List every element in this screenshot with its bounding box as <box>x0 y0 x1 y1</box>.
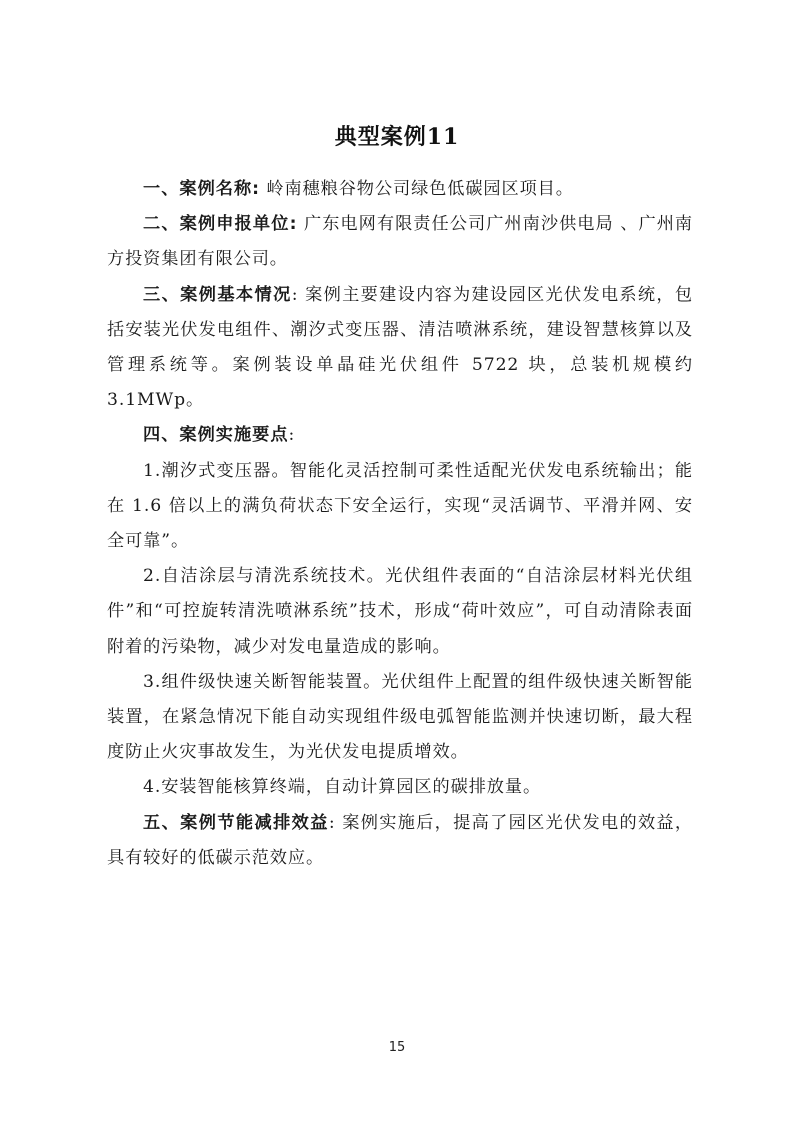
key-point-item: 4.安装智能核算终端，自动计算园区的碳排放量。 <box>107 770 693 805</box>
section-basic-info: 三、案例基本情况: 案例主要建设内容为建设园区光伏发电系统，包括安装光伏发电组件… <box>107 278 693 419</box>
section-case-name: 一、案例名称: 岭南穗粮谷物公司绿色低碳园区项目。 <box>107 172 693 207</box>
page-title: 典型案例11 <box>0 120 794 151</box>
key-point-item: 1.潮汐式变压器。智能化灵活控制可柔性适配光伏发电系统输出；能在 1.6 倍以上… <box>107 454 693 560</box>
section-heading: 四、案例实施要点 <box>143 425 289 445</box>
key-point-item: 2.自洁涂层与清洗系统技术。光伏组件表面的“自洁涂层材料光伏组件”和“可控旋转清… <box>107 559 693 665</box>
section-applicant: 二、案例申报单位: 广东电网有限责任公司广州南沙供电局 、广州南方投资集团有限公… <box>107 207 693 277</box>
section-text: 岭南穗粮谷物公司绿色低碳园区项目。 <box>260 179 574 199</box>
section-text: : <box>289 425 296 445</box>
document-page: 典型案例11 一、案例名称: 岭南穗粮谷物公司绿色低碳园区项目。 二、案例申报单… <box>0 0 794 1123</box>
section-heading: 一、案例名称: <box>143 179 260 199</box>
key-point-item: 3.组件级快速关断智能装置。光伏组件上配置的组件级快速关断智能装置，在紧急情况下… <box>107 665 693 771</box>
page-number: 15 <box>0 1040 794 1055</box>
section-key-points: 四、案例实施要点: <box>107 418 693 453</box>
section-heading: 二、案例申报单位: <box>143 214 297 234</box>
document-body: 一、案例名称: 岭南穗粮谷物公司绿色低碳园区项目。 二、案例申报单位: 广东电网… <box>107 172 693 876</box>
section-benefit: 五、案例节能减排效益: 案例实施后，提高了园区光伏发电的效益，具有较好的低碳示范… <box>107 806 693 876</box>
section-heading: 三、案例基本情况 <box>143 285 292 305</box>
section-heading: 五、案例节能减排效益 <box>143 813 329 833</box>
